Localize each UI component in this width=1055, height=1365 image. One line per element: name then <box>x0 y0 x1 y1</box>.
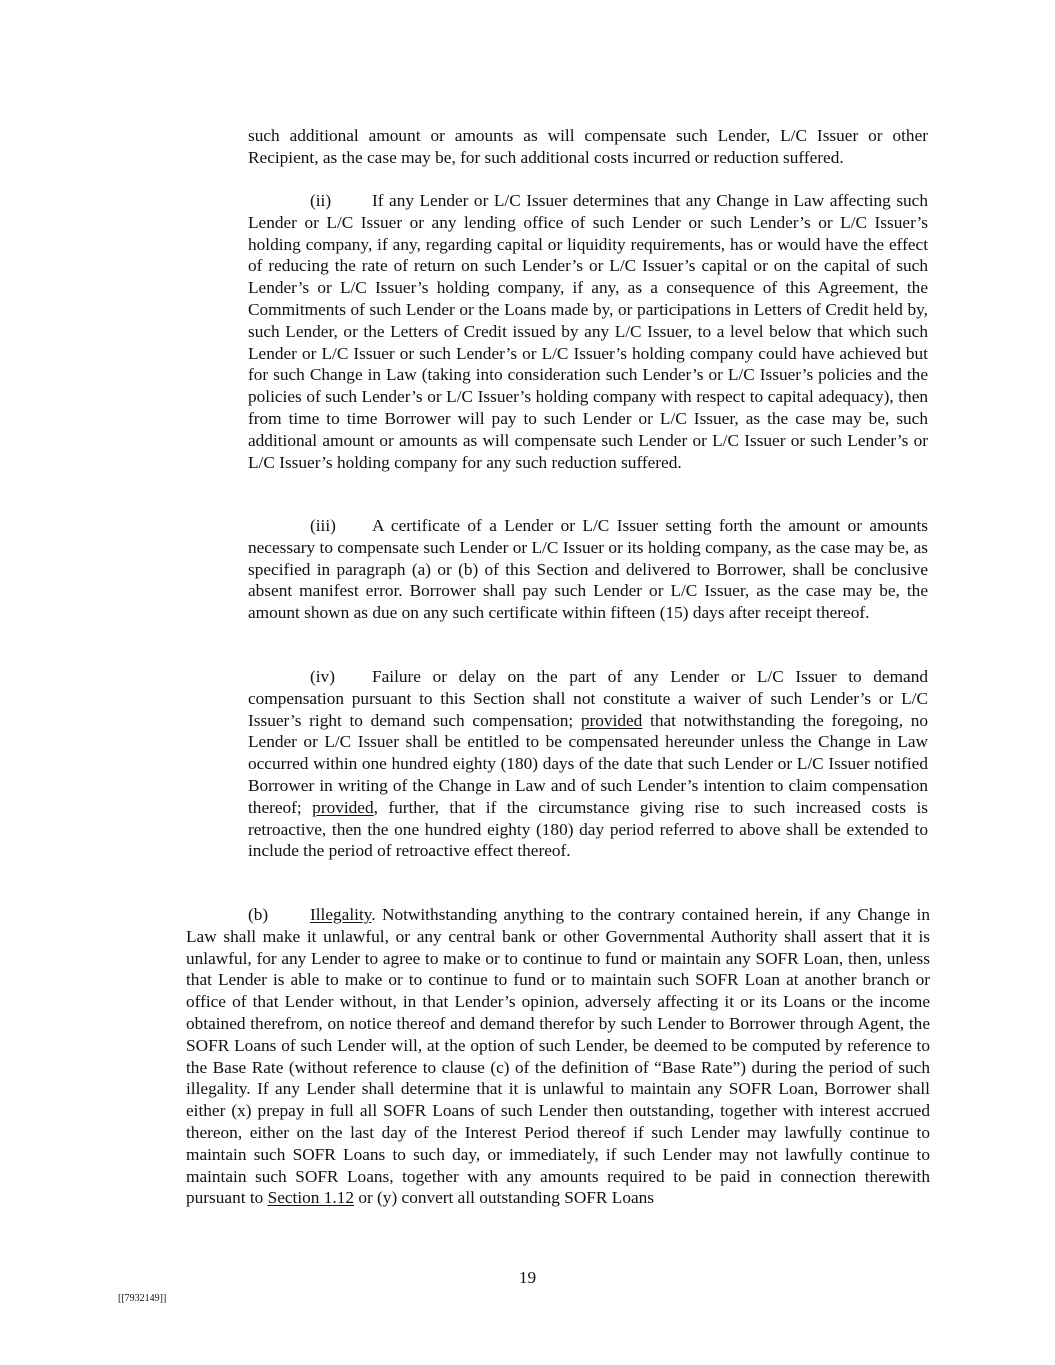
paragraph-iii: (iii)A certificate of a Lender or L/C Is… <box>248 515 928 624</box>
clause-label: (iii) <box>310 515 372 537</box>
document-id: [[7932149]] <box>118 1293 166 1304</box>
paragraph-ii: (ii)If any Lender or L/C Issuer determin… <box>248 190 928 473</box>
paragraph-continuation: such additional amount or amounts as wil… <box>248 125 928 169</box>
provided-term: provided <box>312 798 373 817</box>
paragraph-text: If any Lender or L/C Issuer determines t… <box>248 191 928 472</box>
clause-label: (b) <box>248 904 310 926</box>
paragraph-b-illegality: (b)Illegality. Notwithstanding anything … <box>186 904 930 1209</box>
section-reference-link[interactable]: Section 1.12 <box>268 1188 354 1207</box>
paragraph-text: . Notwithstanding anything to the contra… <box>186 905 930 1207</box>
paragraph-iv: (iv)Failure or delay on the part of any … <box>248 666 928 862</box>
document-page: such additional amount or amounts as wil… <box>0 0 1055 1365</box>
page-number: 19 <box>0 1268 1055 1288</box>
provided-term: provided <box>581 711 642 730</box>
section-heading-illegality: Illegality <box>310 905 371 924</box>
clause-label: (iv) <box>310 666 372 688</box>
paragraph-text: or (y) convert all outstanding SOFR Loan… <box>354 1188 654 1207</box>
clause-label: (ii) <box>310 190 372 212</box>
paragraph-text: such additional amount or amounts as wil… <box>248 126 928 167</box>
